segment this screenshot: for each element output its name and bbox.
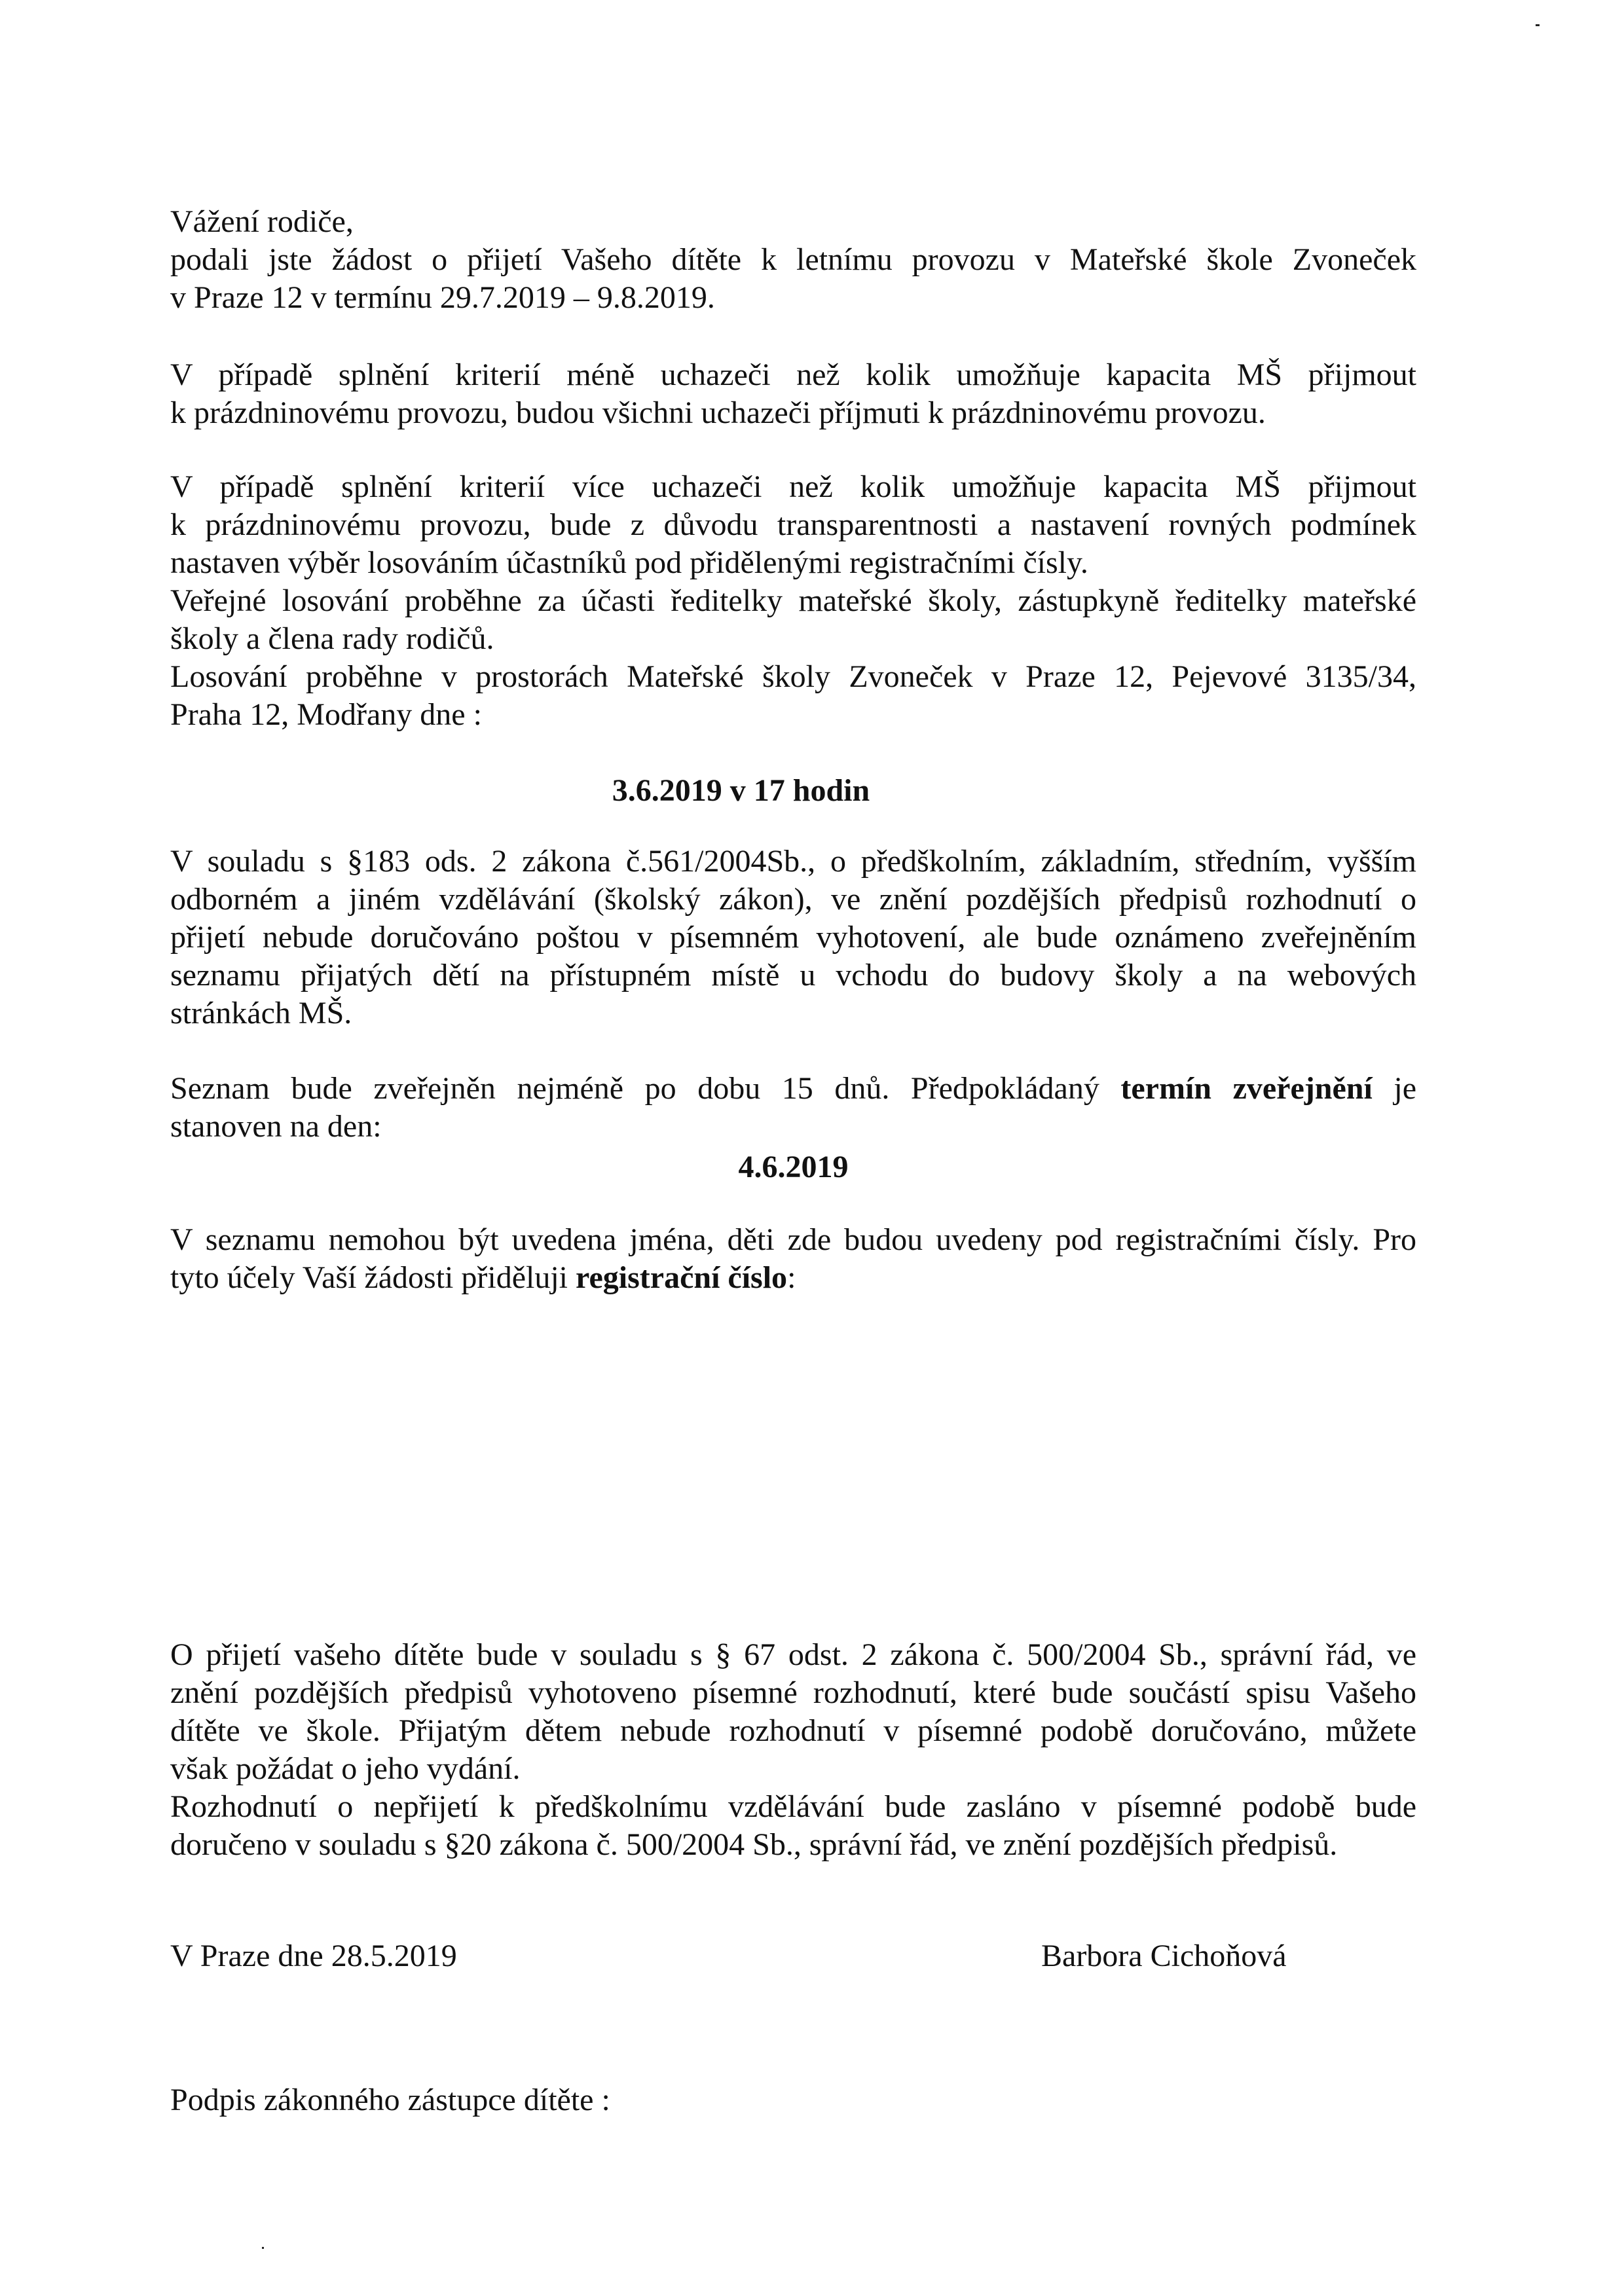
text-segment: je: [1373, 1071, 1416, 1106]
text-line: Vážení rodiče,: [170, 203, 1416, 241]
text-segment: stanoven na den:: [170, 1109, 382, 1144]
text-segment: znění pozdějších předpisů vyhotoveno pís…: [170, 1675, 1416, 1710]
registration-number-paragraph: V seznamu nemohou být uvedena jména, dět…: [170, 1221, 1416, 1297]
more-applicants-paragraph: V případě splnění kriterií více uchazeči…: [170, 468, 1416, 734]
text-segment: Rozhodnutí o nepřijetí k předškolnímu vz…: [170, 1789, 1416, 1824]
text-line: k prázdninovému provozu, budou všichni u…: [170, 394, 1416, 432]
text-segment: dítěte ve škole. Přijatým dětem nebude r…: [170, 1713, 1416, 1748]
text-segment: V případě splnění kriterií méně uchazeči…: [170, 357, 1416, 392]
decision-paragraph: O přijetí vašeho dítěte bude v souladu s…: [170, 1636, 1416, 1864]
text-segment: však požádat o jeho vydání.: [170, 1751, 521, 1786]
text-line: V souladu s §183 ods. 2 zákona č.561/200…: [170, 843, 1416, 881]
text-segment: V souladu s §183 ods. 2 zákona č.561/200…: [170, 844, 1416, 879]
place-and-date: V Praze dne 28.5.2019: [170, 1937, 457, 1975]
text-segment: v Praze 12 v termínu 29.7.2019 – 9.8.201…: [170, 280, 715, 315]
draw-datetime-block: 3.6.2019 v 17 hodin: [170, 772, 1416, 810]
text-segment: stránkách MŠ.: [170, 996, 352, 1030]
text-line: V případě splnění kriterií více uchazeči…: [170, 468, 1416, 506]
text-line: podali jste žádost o přijetí Vašeho dítě…: [170, 241, 1416, 279]
text-segment: tyto účely Vaší žádosti přiděluji: [170, 1260, 576, 1295]
text-segment: Veřejné losování proběhne za účasti ředi…: [170, 583, 1416, 618]
text-segment: podali jste žádost o přijetí Vašeho dítě…: [170, 242, 1416, 277]
text-segment: doručeno v souladu s §20 zákona č. 500/2…: [170, 1827, 1337, 1862]
text-line: odborném a jiném vzdělávání (školský zák…: [170, 881, 1416, 919]
guardian-signature-block: Podpis zákonného zástupce dítěte :: [170, 2081, 1416, 2119]
text-segment: k prázdninovému provozu, bude z důvodu t…: [170, 507, 1416, 542]
text-segment: školy a člena rady rodičů.: [170, 621, 494, 656]
text-segment: přijetí nebude doručováno poštou v písem…: [170, 920, 1416, 955]
legal-basis-paragraph: V souladu s §183 ods. 2 zákona č.561/200…: [170, 843, 1416, 1032]
text-line: O přijetí vašeho dítěte bude v souladu s…: [170, 1636, 1416, 1674]
text-line: v Praze 12 v termínu 29.7.2019 – 9.8.201…: [170, 279, 1416, 317]
text-line: znění pozdějších předpisů vyhotoveno pís…: [170, 1674, 1416, 1712]
text-segment: Praha 12, Modřany dne :: [170, 697, 482, 732]
bold-text: registrační číslo: [576, 1260, 787, 1295]
text-line: Seznam bude zveřejněn nejméně po dobu 15…: [170, 1070, 1416, 1108]
text-line: stránkách MŠ.: [170, 994, 1416, 1032]
text-line: Praha 12, Modřany dne :: [170, 696, 1416, 734]
text-line: Rozhodnutí o nepřijetí k předškolnímu vz…: [170, 1788, 1416, 1826]
text-segment: :: [787, 1260, 796, 1295]
scan-speck: [1536, 24, 1540, 26]
text-line: doručeno v souladu s §20 zákona č. 500/2…: [170, 1826, 1416, 1864]
text-segment: seznamu přijatých dětí na přístupném mís…: [170, 958, 1416, 993]
text-line: seznamu přijatých dětí na přístupném mís…: [170, 957, 1416, 994]
text-segment: O přijetí vašeho dítěte bude v souladu s…: [170, 1637, 1416, 1672]
guardian-signature-label: Podpis zákonného zástupce dítěte :: [170, 2081, 1416, 2119]
text-line: V případě splnění kriterií méně uchazeči…: [170, 356, 1416, 394]
text-segment: k prázdninovému provozu, budou všichni u…: [170, 395, 1266, 430]
text-line: stanoven na den:: [170, 1108, 1416, 1146]
text-segment: nastaven výběr losováním účastníků pod p…: [170, 545, 1088, 580]
text-segment: V případě splnění kriterií více uchazeči…: [170, 469, 1416, 504]
text-line: přijetí nebude doručováno poštou v písem…: [170, 919, 1416, 957]
bold-text: termín zveřejnění: [1120, 1071, 1372, 1106]
publish-date: 4.6.2019: [170, 1148, 1416, 1186]
text-line: tyto účely Vaší žádosti přiděluji regist…: [170, 1259, 1416, 1297]
text-segment: Seznam bude zveřejněn nejméně po dobu 15…: [170, 1071, 1120, 1106]
text-segment: Losování proběhne v prostorách Mateřské …: [170, 659, 1416, 694]
text-line: nastaven výběr losováním účastníků pod p…: [170, 544, 1416, 582]
publish-date-block: 4.6.2019: [170, 1148, 1416, 1186]
signatory-name: Barbora Cichoňová: [1041, 1937, 1287, 1975]
text-line: dítěte ve škole. Přijatým dětem nebude r…: [170, 1712, 1416, 1750]
fewer-applicants-paragraph: V případě splnění kriterií méně uchazeči…: [170, 356, 1416, 432]
draw-datetime: 3.6.2019 v 17 hodin: [170, 772, 1416, 810]
text-line: Veřejné losování proběhne za účasti ředi…: [170, 582, 1416, 620]
document-page: Vážení rodiče,podali jste žádost o přije…: [0, 0, 1624, 2296]
scan-speck: [262, 2247, 264, 2249]
publication-paragraph: Seznam bude zveřejněn nejméně po dobu 15…: [170, 1070, 1416, 1146]
text-segment: odborném a jiném vzdělávání (školský zák…: [170, 882, 1416, 917]
text-line: V seznamu nemohou být uvedena jména, dět…: [170, 1221, 1416, 1259]
text-line: k prázdninovému provozu, bude z důvodu t…: [170, 506, 1416, 544]
text-line: však požádat o jeho vydání.: [170, 1750, 1416, 1788]
text-line: školy a člena rady rodičů.: [170, 620, 1416, 658]
text-segment: Vážení rodiče,: [170, 204, 354, 239]
greeting-paragraph: Vážení rodiče,podali jste žádost o přije…: [170, 203, 1416, 317]
text-line: Losování proběhne v prostorách Mateřské …: [170, 658, 1416, 696]
text-segment: V seznamu nemohou být uvedena jména, dět…: [170, 1222, 1416, 1257]
